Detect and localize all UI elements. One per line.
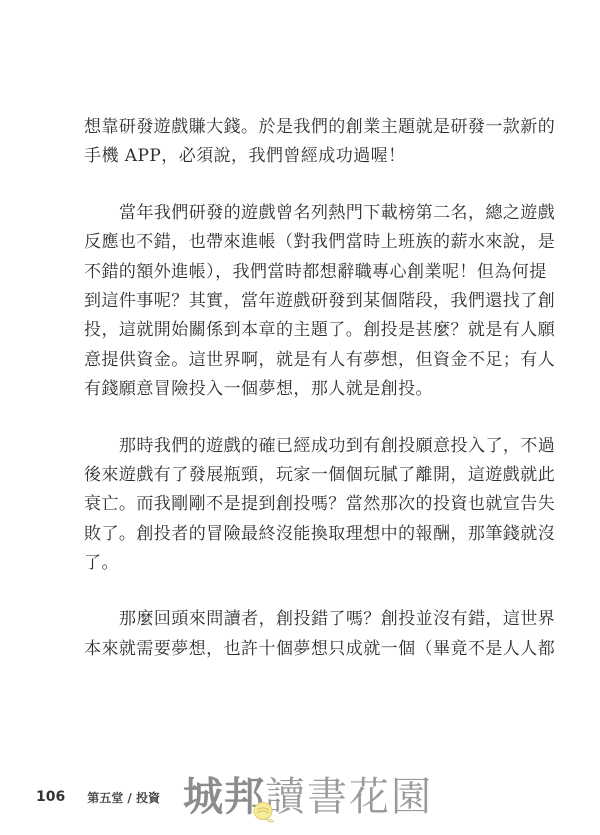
page-footer: 106 第五堂 / 投資: [36, 785, 160, 809]
text-line: 投，這就開始關係到本章的主題了。創投是甚麼？就是有人願: [84, 316, 524, 345]
text-line: 有錢願意冒險投入一個夢想，那人就是創投。: [84, 375, 524, 404]
book-page: 想靠研發遊戲賺大錢。於是我們的創業主題就是研發一款新的 手機 APP，必須說，我…: [0, 0, 600, 835]
body-text: 想靠研發遊戲賺大錢。於是我們的創業主題就是研發一款新的 手機 APP，必須說，我…: [84, 113, 524, 691]
chick-mascot-icon: [252, 800, 278, 826]
watermark-brand-light: 讀書花園: [265, 765, 433, 822]
watermark-logo: 城邦 讀書花園: [183, 768, 433, 818]
chapter-label: 第五堂 / 投資: [87, 789, 160, 806]
text-line: 了。: [84, 549, 524, 578]
paragraph-4: 那麼回頭來問讀者，創投錯了嗎？創投並沒有錯，這世界 本來就需要夢想，也許十個夢想…: [84, 605, 524, 664]
page-number: 106: [36, 789, 65, 805]
text-line: 到這件事呢？其實，當年遊戲研發到某個階段，我們還找了創: [84, 287, 524, 316]
paragraph-2: 當年我們研發的遊戲曾名列熱門下載榜第二名，總之遊戲 反應也不錯，也帶來進帳（對我…: [84, 199, 524, 405]
text-line: 不錯的額外進帳），我們當時都想辭職專心創業呢！但為何提: [84, 258, 524, 287]
paragraph-1: 想靠研發遊戲賺大錢。於是我們的創業主題就是研發一款新的 手機 APP，必須說，我…: [84, 113, 524, 172]
text-line: 反應也不錯，也帶來進帳（對我們當時上班族的薪水來說，是: [84, 228, 524, 257]
paragraph-3: 那時我們的遊戲的確已經成功到有創投願意投入了，不過 後來遊戲有了發展瓶頸，玩家一…: [84, 432, 524, 579]
text-line: 想靠研發遊戲賺大錢。於是我們的創業主題就是研發一款新的: [84, 113, 524, 142]
text-line: 意提供資金。這世界啊，就是有人有夢想，但資金不足；有人: [84, 346, 524, 375]
text-line: 衰亡。而我剛剛不是提到創投嗎？當然那次的投資也就宣告失: [84, 490, 524, 519]
text-line: 當年我們研發的遊戲曾名列熱門下載榜第二名，總之遊戲: [84, 199, 524, 228]
text-line: 本來就需要夢想，也許十個夢想只成就一個（畢竟不是人人都: [84, 635, 524, 664]
text-line: 那時我們的遊戲的確已經成功到有創投願意投入了，不過: [84, 432, 524, 461]
text-line: 手機 APP，必須說，我們曾經成功過喔！: [84, 142, 524, 171]
text-line: 後來遊戲有了發展瓶頸，玩家一個個玩膩了離開，這遊戲就此: [84, 461, 524, 490]
text-line: 那麼回頭來問讀者，創投錯了嗎？創投並沒有錯，這世界: [84, 605, 524, 634]
text-line: 敗了。創投者的冒險最終沒能換取理想中的報酬，那筆錢就沒: [84, 520, 524, 549]
